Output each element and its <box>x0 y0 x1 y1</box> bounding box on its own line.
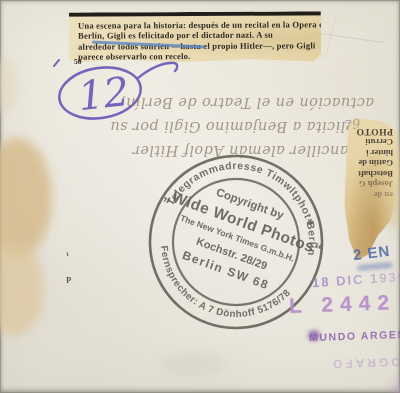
fragment-text: anc. tlot Bild (ern s oric <box>48 161 82 311</box>
fragment-line: Botschaft <box>347 168 393 179</box>
pencil-number-mark: 79 <box>343 117 361 134</box>
scratch-mark <box>324 15 336 60</box>
caption-line: Una escena para la historia: después de … <box>78 19 314 31</box>
photo-verso: anc. tlot Bild (ern s oric Una escena pa… <box>0 0 400 393</box>
handwriting-line: felicita a Benjamino Gigli por su <box>78 114 360 138</box>
fragment-line: hinter i <box>347 147 393 158</box>
torn-paper-fragment-left: anc. tlot Bild (ern s oric <box>0 143 92 329</box>
torn-paper-fragment-right: en de Joseph G Botschaft Gattin de hinte… <box>341 118 400 260</box>
faint-partial-stamp: OGRAFO <box>330 355 400 371</box>
fragment-line: Cerruti <box>347 137 393 148</box>
handwriting-line: actuación en el Teatro de Berlín, <box>78 90 374 114</box>
ink-smudge <box>392 382 400 393</box>
fragment-line: oric <box>48 209 82 220</box>
adhesive-stain <box>0 58 18 114</box>
fragment-line: s <box>48 222 82 233</box>
fragment-line: tlot <box>48 287 82 298</box>
fragment-line: Bild <box>48 274 82 285</box>
fragment-line: Joseph G <box>347 179 393 190</box>
fragment-line: (ern <box>48 249 82 260</box>
fragment-line: anc. <box>48 300 82 311</box>
smudge-stain <box>160 352 226 378</box>
fragment-line: Gattin de <box>347 158 393 169</box>
archive-number-stamp: L 2442 <box>289 291 397 319</box>
fragment-text: en de Joseph G Botschaft Gattin de hinte… <box>347 126 393 200</box>
received-date-stamp: 2 EN <box>352 243 391 264</box>
fragment-line: en de <box>347 190 393 201</box>
